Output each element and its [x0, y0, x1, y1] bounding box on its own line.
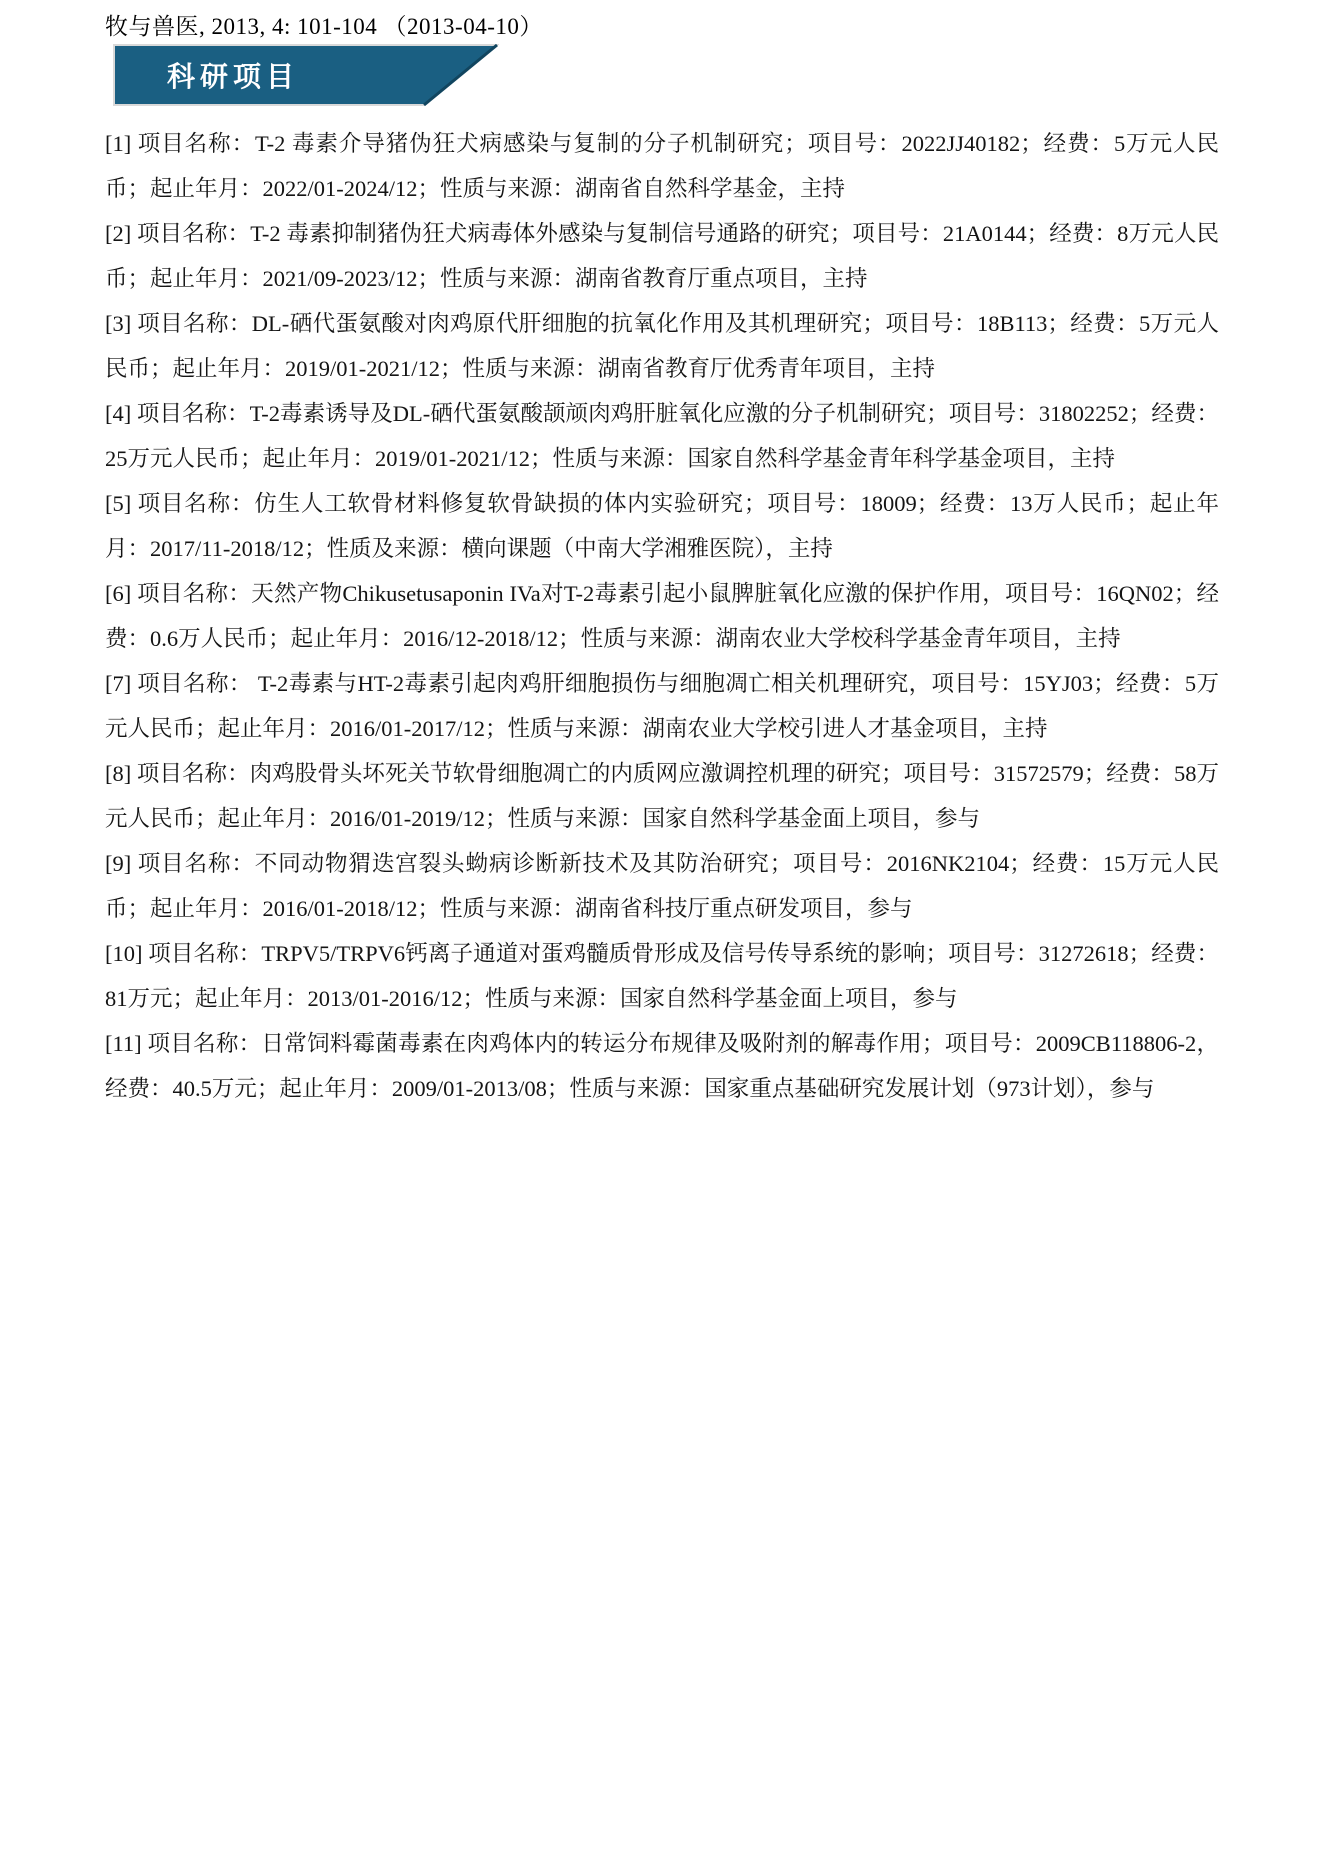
section-title: 科研项目 — [167, 55, 299, 95]
project-item-2: [2] 项目名称：T-2 毒素抑制猪伪狂犬病毒体外感染与复制信号通路的研究；项目… — [105, 211, 1219, 301]
project-item-10: [10] 项目名称：TRPV5/TRPV6钙离子通道对蛋鸡髓质骨形成及信号传导系… — [105, 931, 1219, 1021]
project-item-11: [11] 项目名称：日常饲料霉菌毒素在肉鸡体内的转运分布规律及吸附剂的解毒作用；… — [105, 1021, 1219, 1111]
project-item-7: [7] 项目名称： T-2毒素与HT-2毒素引起肉鸡肝细胞损伤与细胞凋亡相关机理… — [105, 661, 1219, 751]
section-banner: 科研项目 — [113, 44, 499, 107]
project-item-5: [5] 项目名称：仿生人工软骨材料修复软骨缺损的体内实验研究；项目号：18009… — [105, 481, 1219, 571]
journal-citation: 牧与兽医, 2013, 4: 101-104 （2013-04-10） — [105, 8, 543, 41]
project-item-6: [6] 项目名称：天然产物Chikusetusaponin IVa对T-2毒素引… — [105, 571, 1219, 661]
project-item-3: [3] 项目名称：DL-硒代蛋氨酸对肉鸡原代肝细胞的抗氧化作用及其机理研究；项目… — [105, 301, 1219, 391]
document-page: 牧与兽医, 2013, 4: 101-104 （2013-04-10） 科研项目… — [0, 0, 1323, 1871]
project-item-4: [4] 项目名称：T-2毒素诱导及DL-硒代蛋氨酸颉颃肉鸡肝脏氧化应激的分子机制… — [105, 391, 1219, 481]
projects-list: [1] 项目名称：T-2 毒素介导猪伪狂犬病感染与复制的分子机制研究；项目号：2… — [105, 121, 1219, 1111]
project-item-1: [1] 项目名称：T-2 毒素介导猪伪狂犬病感染与复制的分子机制研究；项目号：2… — [105, 121, 1219, 211]
project-item-9: [9] 项目名称：不同动物猬迭宫裂头蚴病诊断新技术及其防治研究；项目号：2016… — [105, 841, 1219, 931]
project-item-8: [8] 项目名称：肉鸡股骨头坏死关节软骨细胞凋亡的内质网应激调控机理的研究；项目… — [105, 751, 1219, 841]
